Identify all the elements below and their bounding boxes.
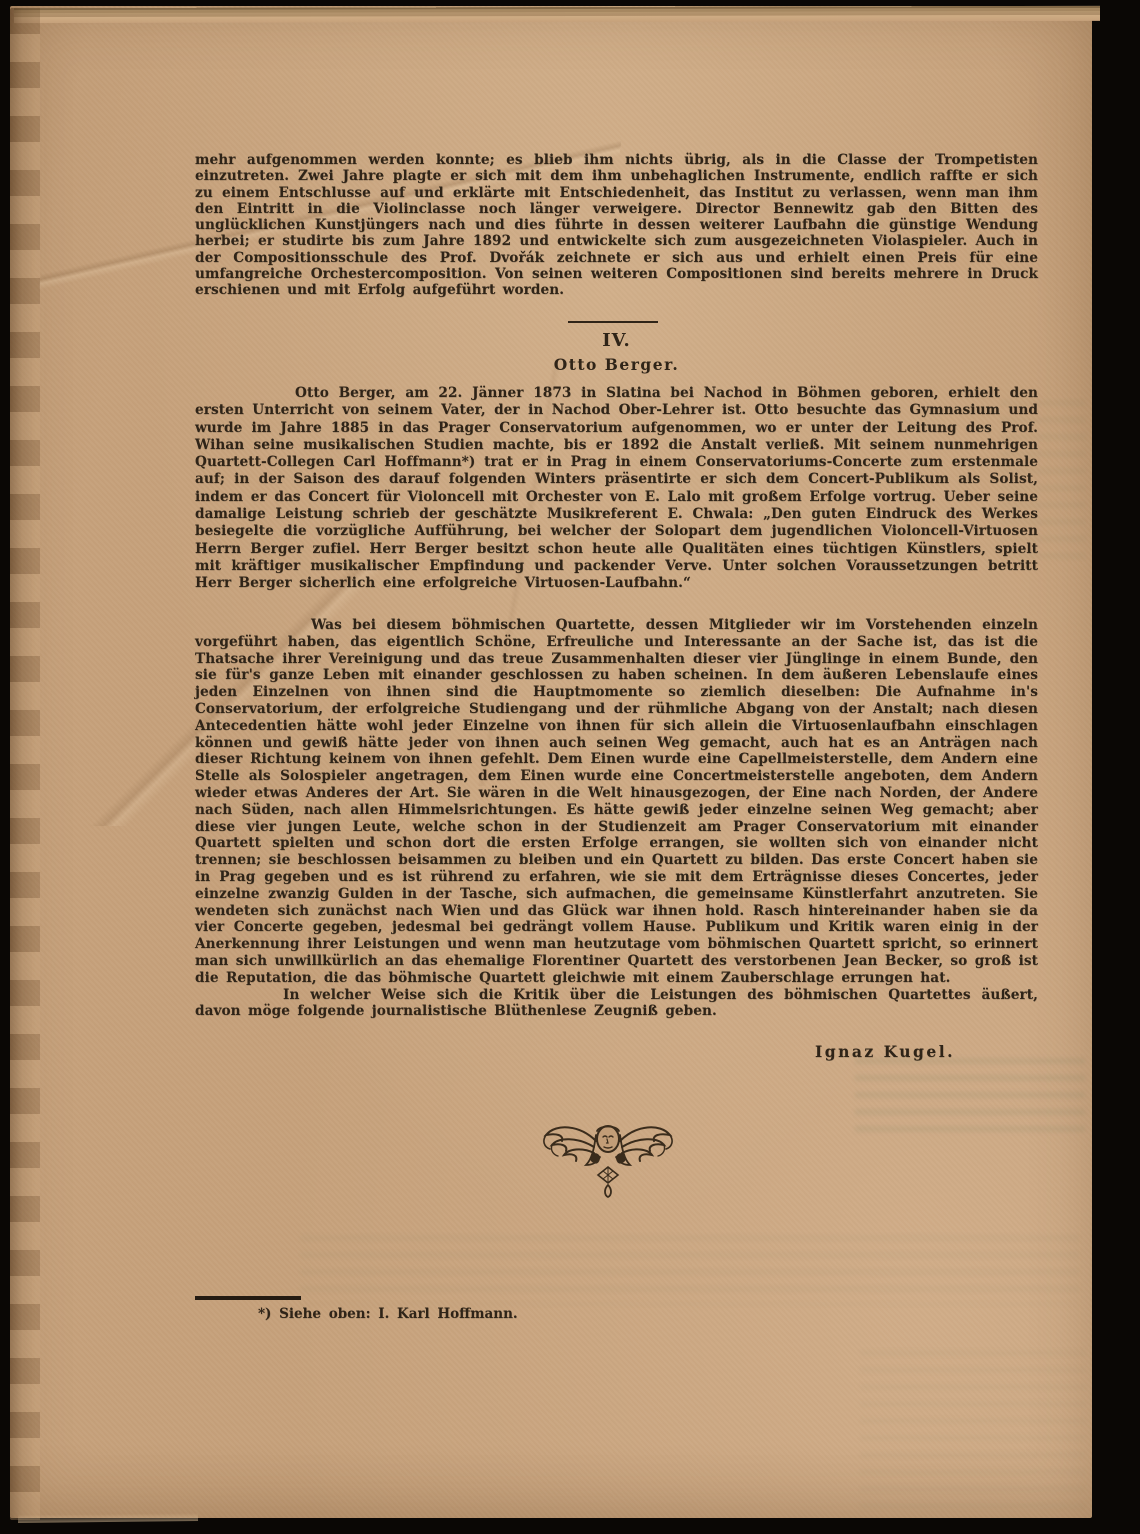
- paragraph-continuation: mehr aufgenommen werden konnte; es blieb…: [195, 152, 1038, 299]
- paragraph-block: Was bei diesem böhmischen Quartette, des…: [195, 617, 1038, 1020]
- author-signature: Ignaz Kugel.: [760, 1042, 1010, 1061]
- paragraph-otto-berger: Otto Berger, am 22. Jänner 1873 in Slati…: [195, 385, 1038, 593]
- page-stack-top-edge: [14, 6, 1100, 23]
- section-title: Otto Berger.: [195, 355, 1038, 374]
- section-divider-rule: [568, 321, 658, 323]
- footnote-rule: [195, 1296, 301, 1300]
- winged-mask-ornament-icon: [540, 1121, 676, 1207]
- page-stack-left-edge: [10, 8, 40, 1520]
- paragraph-quartet: Was bei diesem böhmischen Quartette, des…: [195, 617, 1038, 987]
- footnote-text: *) Siehe oben: I. Karl Hoffmann.: [258, 1306, 758, 1322]
- section-number: IV.: [195, 330, 1038, 351]
- paragraph-closing: In welcher Weise sich die Kritik über di…: [195, 987, 1038, 1021]
- page-stack-bottom-edge: [18, 1513, 198, 1523]
